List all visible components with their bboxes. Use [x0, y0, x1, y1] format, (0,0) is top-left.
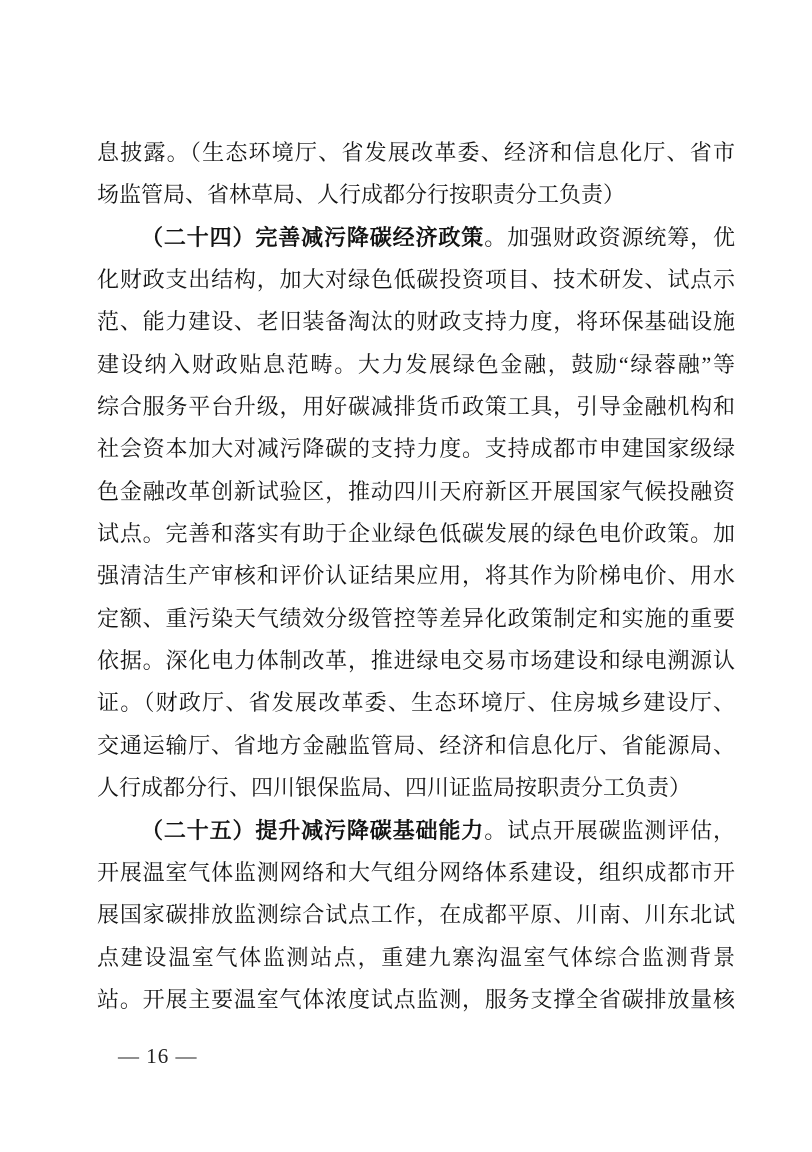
text-line: 试点。完善和落实有助于企业绿色低碳发展的绿色电价政策。加	[97, 513, 735, 555]
text-line: 场监管局、省林草局、人行成都分行按职责分工负责）	[97, 174, 735, 216]
text-line: 范、能力建设、老旧装备淘汰的财政支持力度，将环保基础设施	[97, 301, 735, 343]
text-line: 站。开展主要温室气体浓度试点监测，服务支撑全省碳排放量核	[97, 979, 735, 1021]
text-line: 息披露。（生态环境厅、省发展改革委、经济和信息化厅、省市	[97, 132, 735, 174]
text-line: 社会资本加大对减污降碳的支持力度。支持成都市申建国家级绿	[97, 428, 735, 470]
section-25-paragraph: （二十五）提升减污降碳基础能力。试点开展碳监测评估，开展温室气体监测网络和大气组…	[97, 810, 735, 1022]
text-line: 综合服务平台升级，用好碳减排货币政策工具，引导金融机构和	[97, 386, 735, 428]
text-line-heading: （二十四）完善减污降碳经济政策。加强财政资源统筹，优	[97, 217, 735, 259]
text-line: 点建设温室气体监测站点，重建九寨沟温室气体综合监测背景	[97, 937, 735, 979]
text-line: 定额、重污染天气绩效分级管控等差异化政策制定和实施的重要	[97, 598, 735, 640]
section-24-paragraph: （二十四）完善减污降碳经济政策。加强财政资源统筹，优化财政支出结构，加大对绿色低…	[97, 217, 735, 810]
section-heading: （二十四）完善减污降碳经济政策	[141, 225, 484, 250]
text-line: 人行成都分行、四川银保监局、四川证监局按职责分工负责）	[97, 767, 735, 809]
page-footer: — 16 —	[118, 1042, 198, 1070]
page-number: — 16 —	[118, 1044, 198, 1068]
text-line: 依据。深化电力体制改革，推进绿电交易市场建设和绿电溯源认	[97, 640, 735, 682]
text-line: 证。（财政厅、省发展改革委、生态环境厅、住房城乡建设厅、	[97, 682, 735, 724]
text-line: 开展温室气体监测网络和大气组分网络体系建设，组织成都市开	[97, 852, 735, 894]
document-page: 息披露。（生态环境厅、省发展改革委、经济和信息化厅、省市场监管局、省林草局、人行…	[0, 0, 812, 1152]
text-line-heading: （二十五）提升减污降碳基础能力。试点开展碳监测评估，	[97, 810, 735, 852]
paragraph-continuation: 息披露。（生态环境厅、省发展改革委、经济和信息化厅、省市场监管局、省林草局、人行…	[97, 132, 735, 217]
text-line: 建设纳入财政贴息范畴。大力发展绿色金融，鼓励“绿蓉融”等	[97, 344, 735, 386]
text-line: 交通运输厅、省地方金融监管局、经济和信息化厅、省能源局、	[97, 725, 735, 767]
document-body: 息披露。（生态环境厅、省发展改革委、经济和信息化厅、省市场监管局、省林草局、人行…	[97, 132, 735, 1021]
text-line: 强清洁生产审核和评价认证结果应用，将其作为阶梯电价、用水	[97, 555, 735, 597]
section-heading: （二十五）提升减污降碳基础能力	[141, 818, 484, 843]
text-line: 色金融改革创新试验区，推动四川天府新区开展国家气候投融资	[97, 471, 735, 513]
text-line: 化财政支出结构，加大对绿色低碳投资项目、技术研发、试点示	[97, 259, 735, 301]
text-line: 展国家碳排放监测综合试点工作，在成都平原、川南、川东北试	[97, 894, 735, 936]
